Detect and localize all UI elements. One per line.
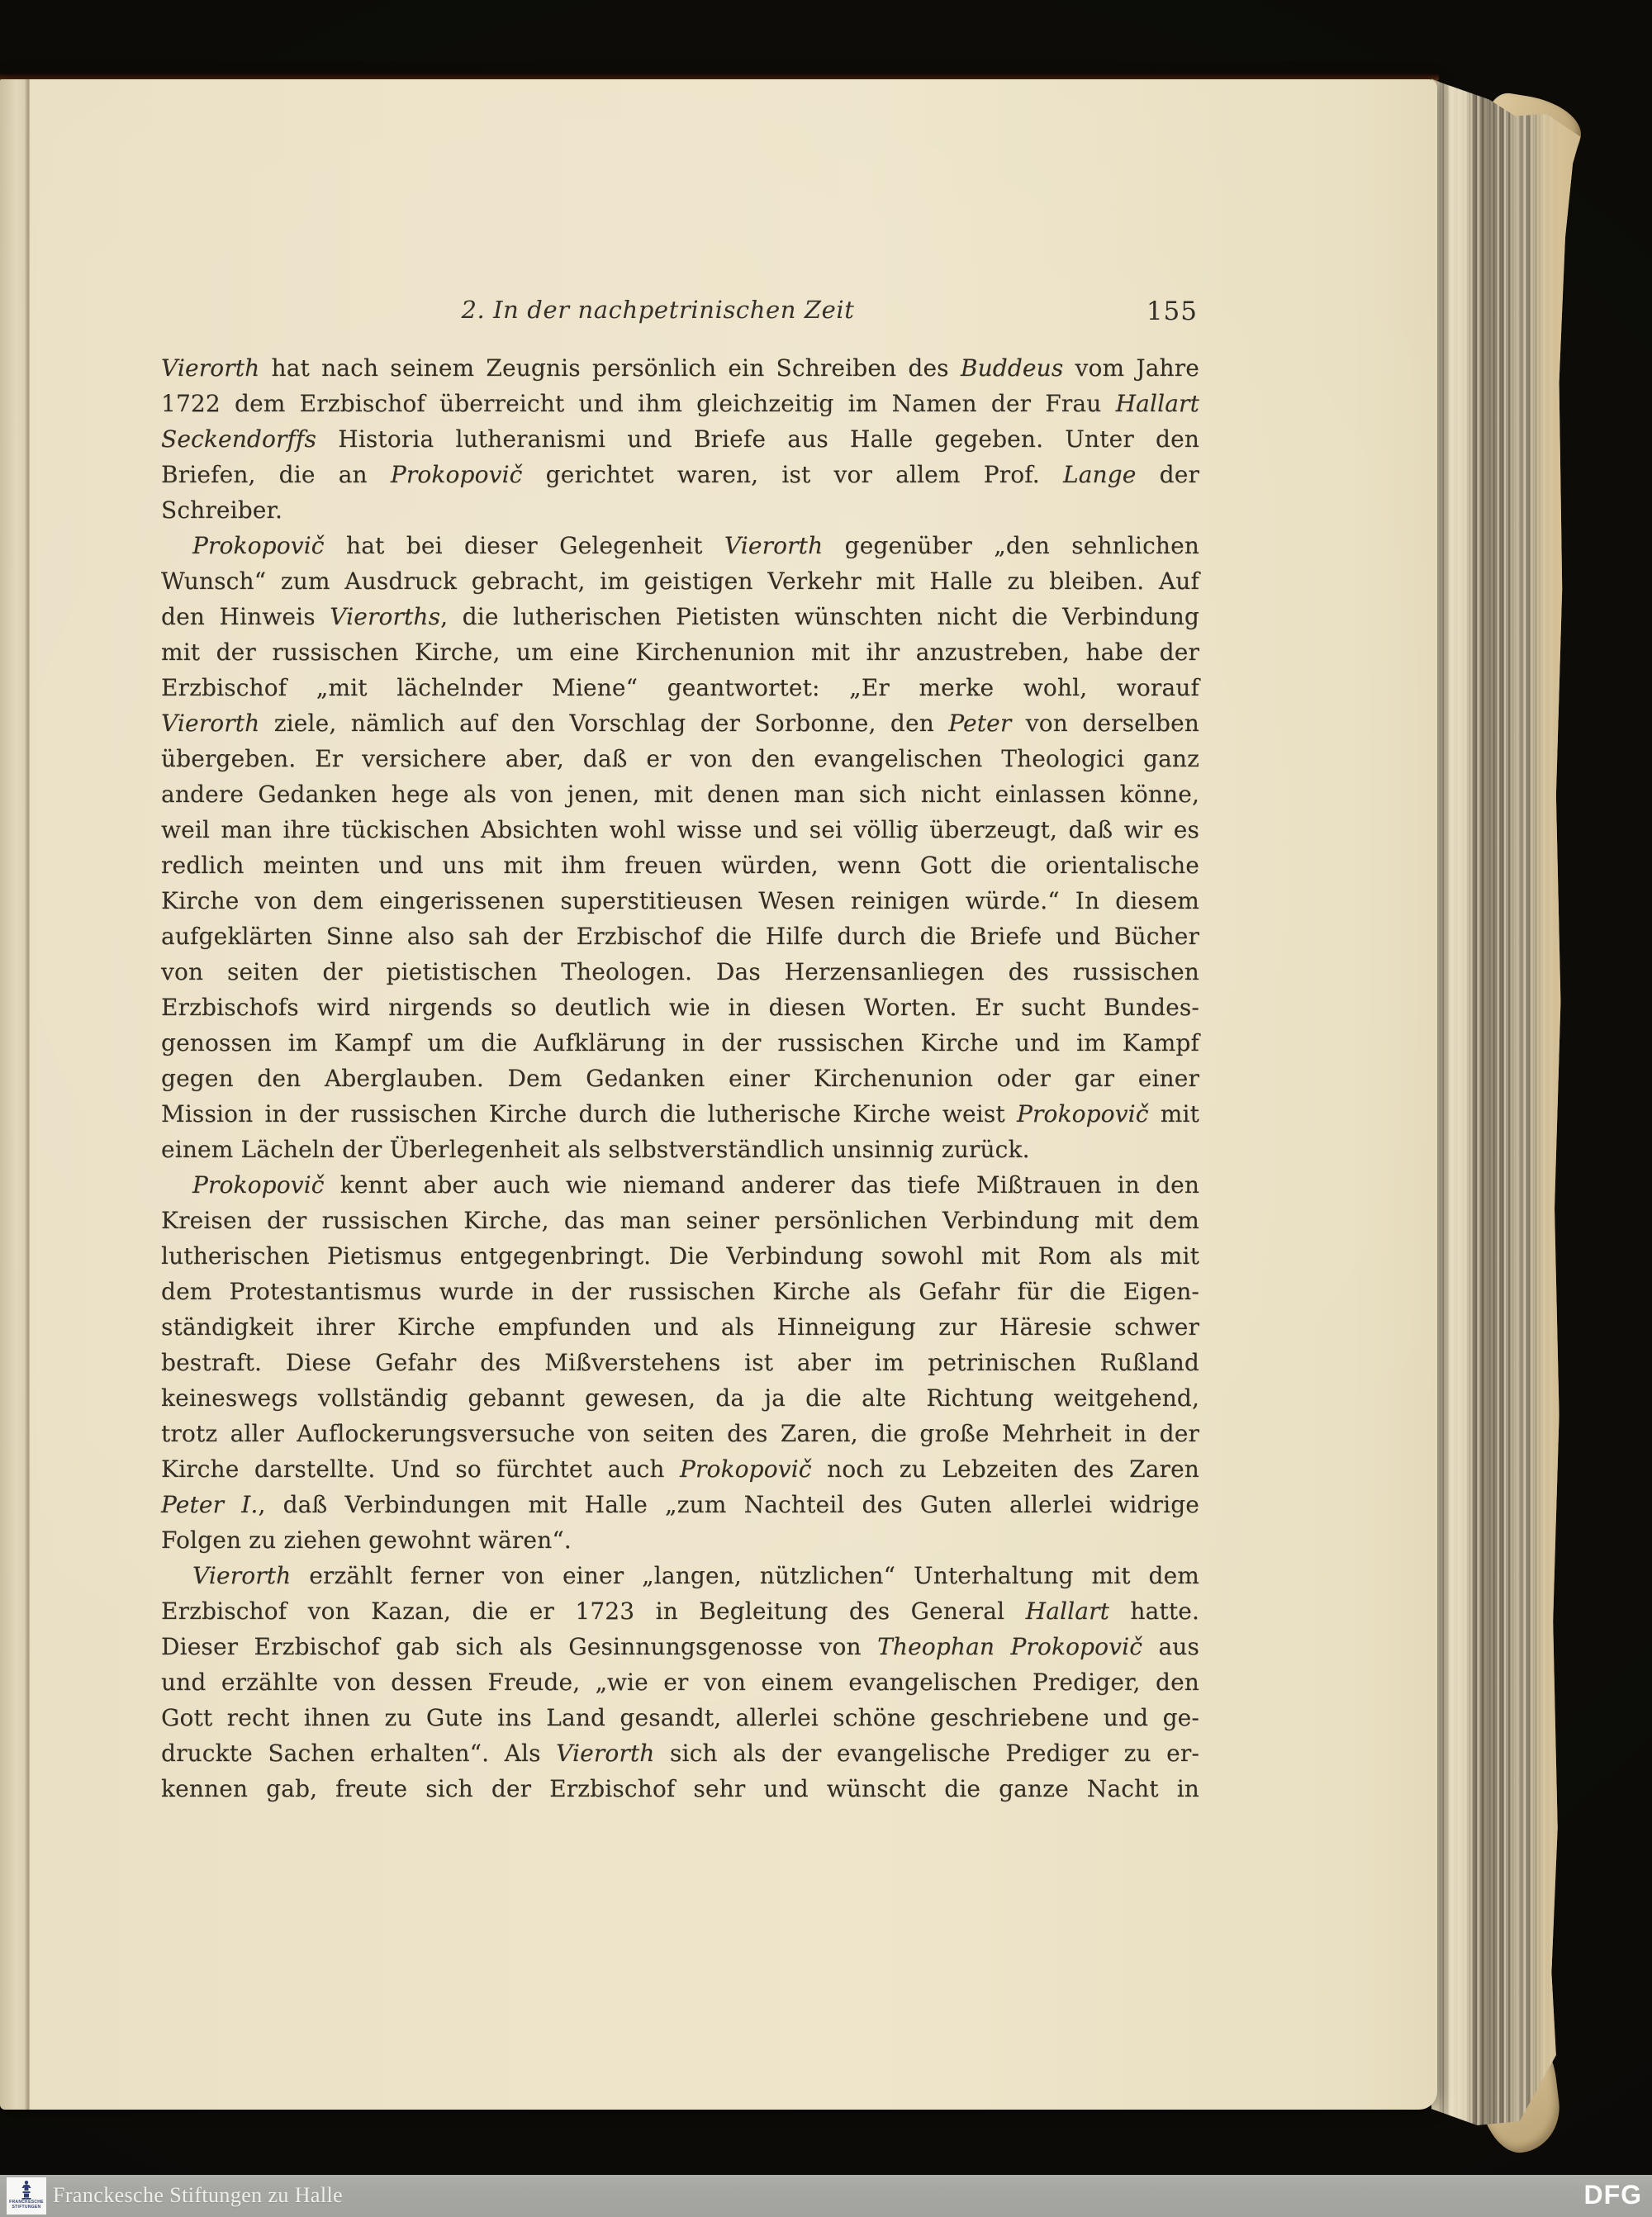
dfg-logo: DFG bbox=[1583, 2181, 1642, 2208]
text-line: Kreisen der russischen Kirche, das man s… bbox=[161, 1203, 1199, 1238]
text-line: 1722 dem Erzbischof überreicht und ihm g… bbox=[161, 386, 1199, 421]
running-title: 2. In der nachpetrinischen Zeit bbox=[161, 296, 1199, 324]
text-line: einem Lächeln der Überlegenheit als selb… bbox=[161, 1132, 1199, 1167]
scan-background: 2. In der nachpetrinischen Zeit 155 Vier… bbox=[0, 0, 1652, 2217]
text-line: Vierorth hat nach seinem Zeugnis persönl… bbox=[161, 350, 1199, 386]
franckesche-emblem-icon bbox=[17, 2180, 36, 2200]
text-line: Erzbischofs wird nirgends so deutlich wi… bbox=[161, 990, 1199, 1025]
text-line: von seiten der pietistischen Theologen. … bbox=[161, 954, 1199, 990]
text-line: ständigkeit ihrer Kirche empfunden und a… bbox=[161, 1309, 1199, 1345]
text-line: keineswegs vollständig gebannt gewesen, … bbox=[161, 1380, 1199, 1416]
text-line: und erzählte von dessen Freude, „wie er … bbox=[161, 1664, 1199, 1700]
text-line: Gott recht ihnen zu Gute ins Land gesand… bbox=[161, 1700, 1199, 1735]
page-number: 155 bbox=[1146, 297, 1198, 326]
text-line: druckte Sachen erhalten“. Als Vierorth s… bbox=[161, 1735, 1199, 1771]
text-line: Seckendorffs Historia lutheranismi und B… bbox=[161, 421, 1199, 457]
franckesche-logo: FRANCKESCHE STIFTUNGEN bbox=[7, 2177, 46, 2215]
text-line: Prokopovič kennt aber auch wie niemand a… bbox=[161, 1167, 1199, 1203]
text-line: mit der russischen Kirche, um eine Kirch… bbox=[161, 634, 1199, 670]
text-line: Erzbischof von Kazan, die er 1723 in Beg… bbox=[161, 1593, 1199, 1629]
text-line: genossen im Kampf um die Aufklärung in d… bbox=[161, 1025, 1199, 1061]
text-line: Dieser Erzbischof gab sich als Gesinnung… bbox=[161, 1629, 1199, 1664]
footer-bar: FRANCKESCHE STIFTUNGEN Franckesche Stift… bbox=[0, 2175, 1652, 2217]
text-line: gegen den Aberglauben. Dem Gedanken eine… bbox=[161, 1061, 1199, 1096]
text-line: lutherischen Pietismus entgegenbringt. D… bbox=[161, 1238, 1199, 1274]
text-line: Vierorth ziele, nämlich auf den Vorschla… bbox=[161, 705, 1199, 741]
text-line: kennen gab, freute sich der Erzbischof s… bbox=[161, 1771, 1199, 1806]
text-line: dem Protestantismus wurde in der russisc… bbox=[161, 1274, 1199, 1309]
text-line: weil man ihre tückischen Absichten wohl … bbox=[161, 812, 1199, 847]
logo-caption-line2: STIFTUNGEN bbox=[12, 2205, 41, 2210]
text-line: redlich meinten und uns mit ihm freuen w… bbox=[161, 847, 1199, 883]
book-page: 2. In der nachpetrinischen Zeit 155 Vier… bbox=[0, 79, 1437, 2110]
text-block: Vierorth hat nach seinem Zeugnis persönl… bbox=[161, 350, 1199, 1806]
text-line: bestraft. Diese Gefahr des Mißverstehens… bbox=[161, 1345, 1199, 1380]
text-line: Erzbischof „mit lächelnder Miene“ geantw… bbox=[161, 670, 1199, 705]
text-line: Wunsch“ zum Ausdruck gebracht, im geisti… bbox=[161, 563, 1199, 599]
institution-name: Franckesche Stiftungen zu Halle bbox=[53, 2183, 343, 2208]
text-line: übergeben. Er versichere aber, daß er vo… bbox=[161, 741, 1199, 776]
running-head: 2. In der nachpetrinischen Zeit 155 bbox=[161, 296, 1199, 330]
text-line: Prokopovič hat bei dieser Gelegenheit Vi… bbox=[161, 528, 1199, 563]
text-line: Mission in der russischen Kirche durch d… bbox=[161, 1096, 1199, 1132]
text-line: trotz aller Auflockerungsversuche von se… bbox=[161, 1416, 1199, 1451]
text-line: den Hinweis Vierorths, die lutherischen … bbox=[161, 599, 1199, 634]
text-line: Kirche von dem eingerissenen superstitie… bbox=[161, 883, 1199, 919]
gutter-crease bbox=[0, 79, 30, 2110]
text-line: aufgeklärten Sinne also sah der Erzbisch… bbox=[161, 919, 1199, 954]
text-line: Schreiber. bbox=[161, 492, 1199, 528]
text-line: Peter I., daß Verbindungen mit Halle „zu… bbox=[161, 1487, 1199, 1522]
text-line: andere Gedanken hege als von jenen, mit … bbox=[161, 776, 1199, 812]
franckesche-logo-caption: FRANCKESCHE STIFTUNGEN bbox=[9, 2200, 44, 2210]
text-line: Briefen, die an Prokopovič gerichtet war… bbox=[161, 457, 1199, 492]
text-line: Folgen zu ziehen gewohnt wären“. bbox=[161, 1522, 1199, 1558]
text-line: Kirche darstellte. Und so fürchtet auch … bbox=[161, 1451, 1199, 1487]
text-line: Vierorth erzählt ferner von einer „lange… bbox=[161, 1558, 1199, 1593]
book-fore-edge-pages bbox=[1431, 73, 1583, 2138]
